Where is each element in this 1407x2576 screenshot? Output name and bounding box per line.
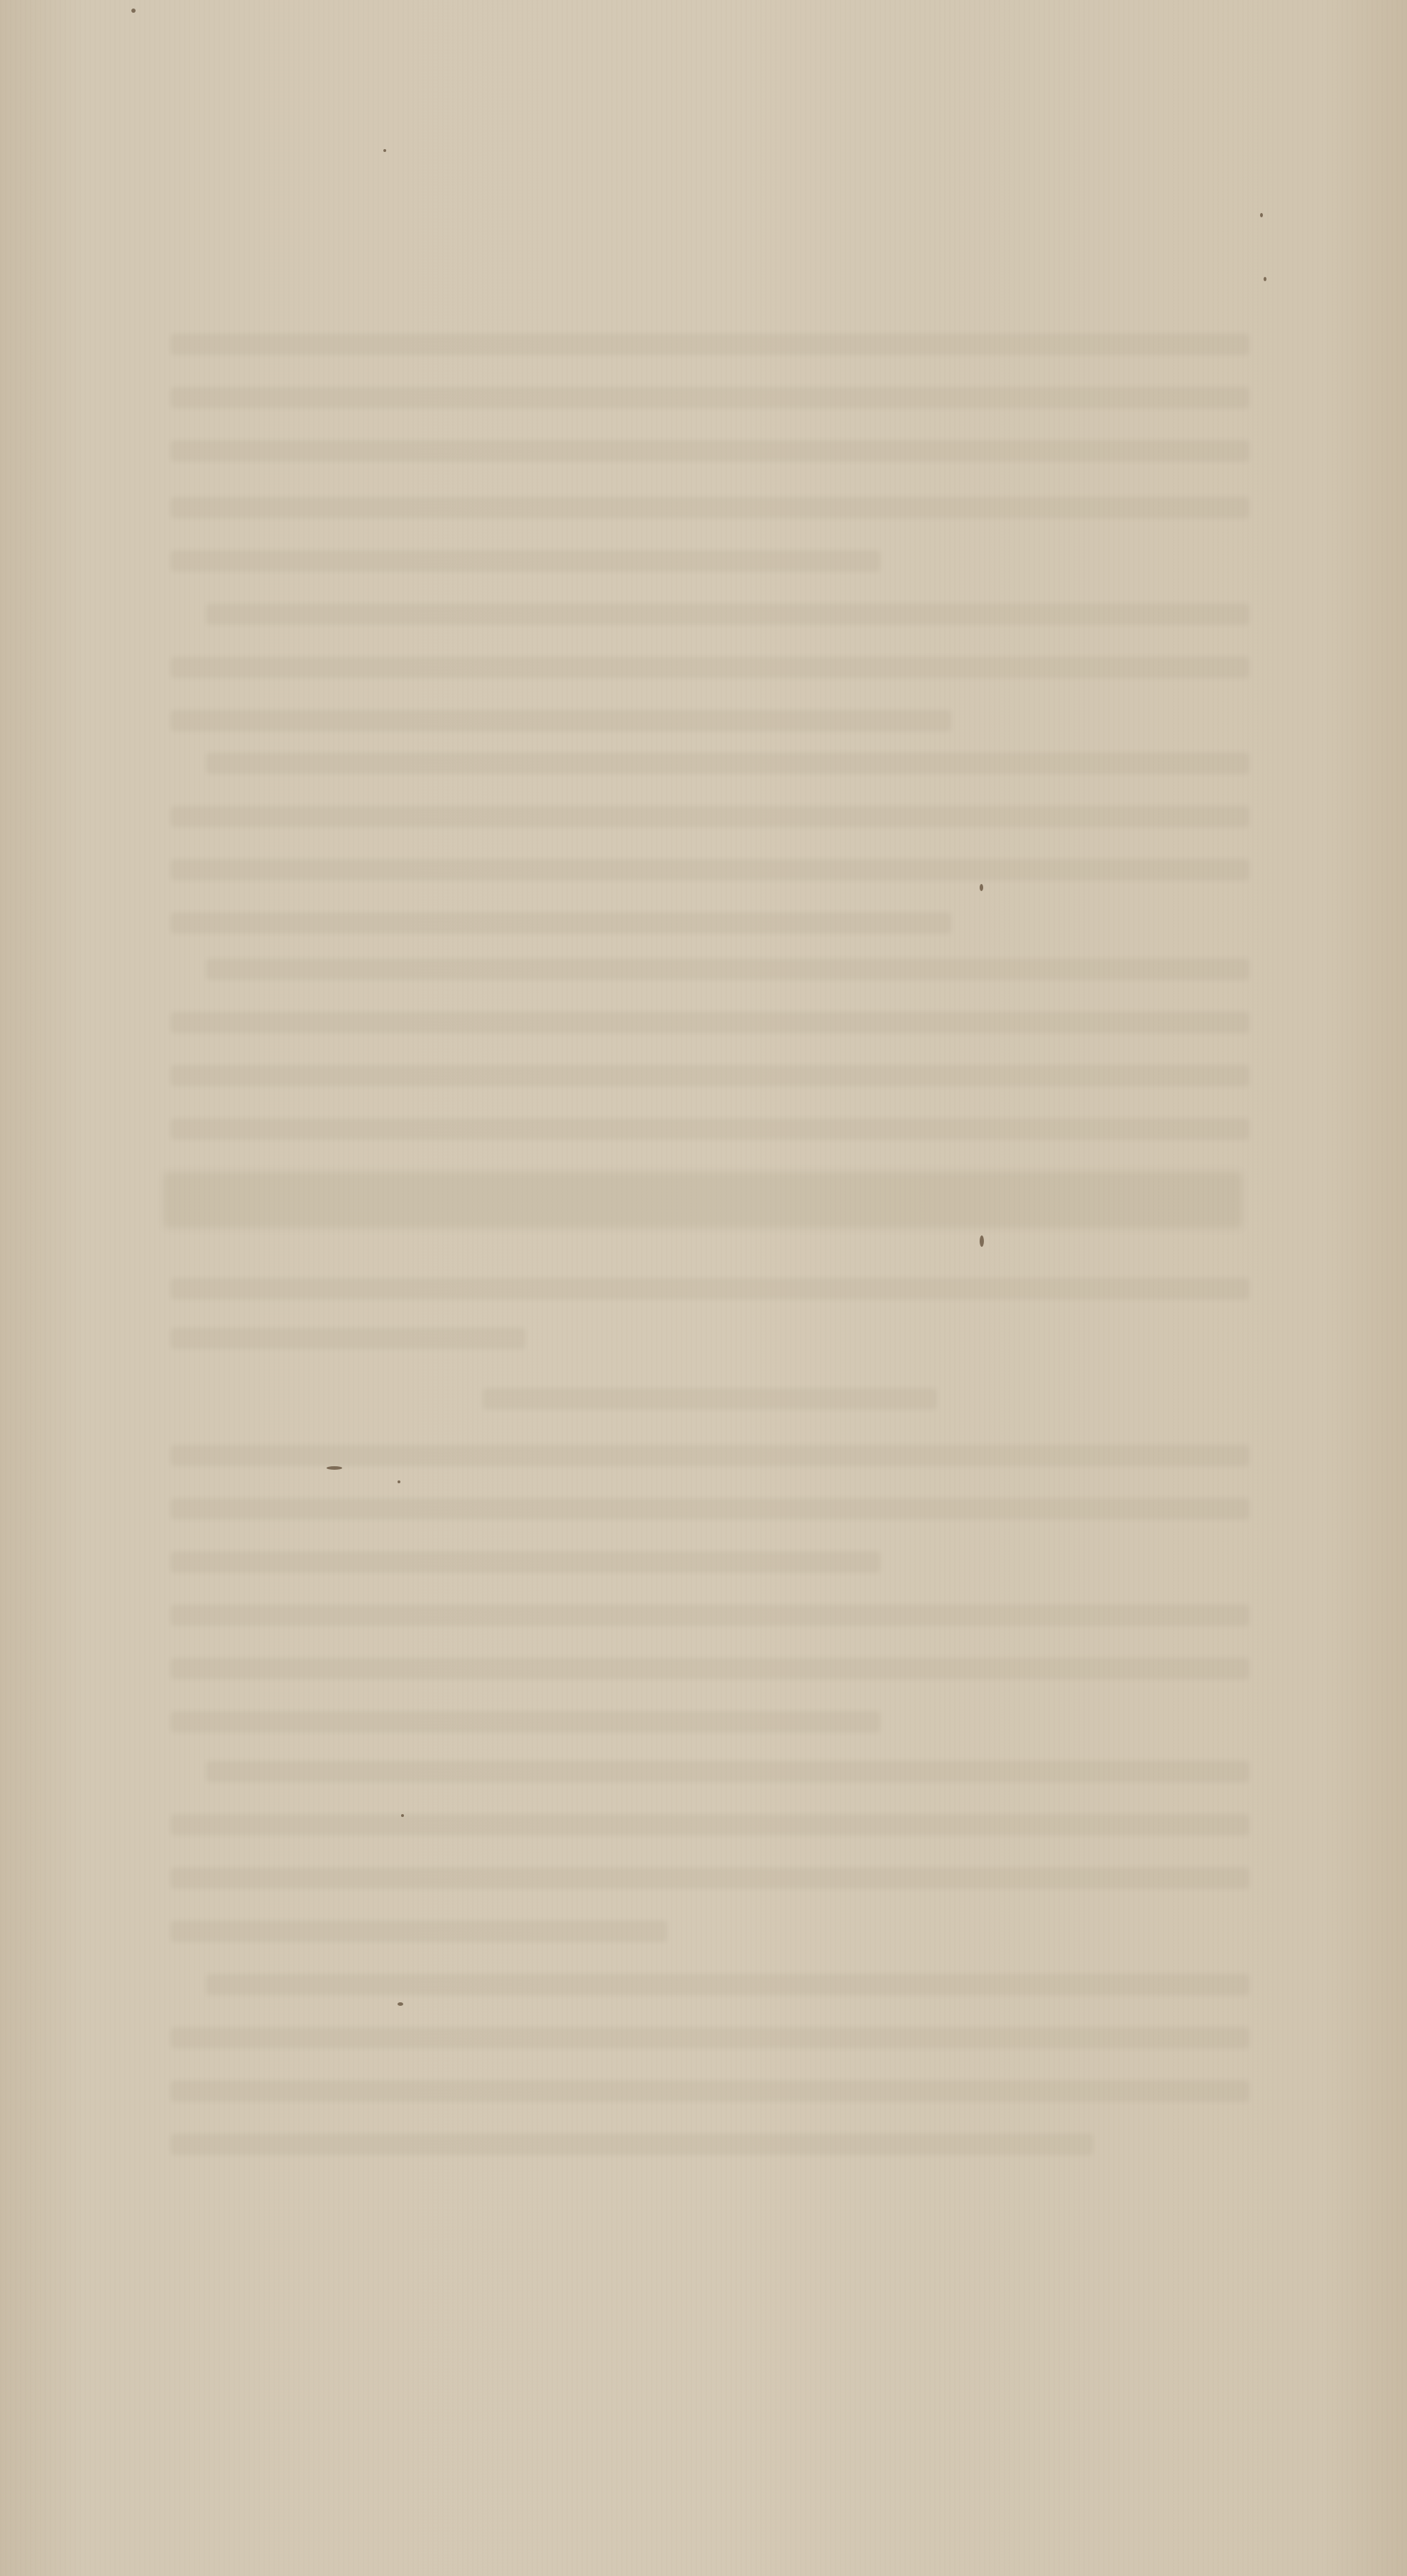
bleed-through-line — [170, 1278, 1249, 1299]
bleed-through-line — [206, 959, 1249, 980]
bleed-through-line — [170, 2080, 1249, 2102]
bleed-through-line — [170, 710, 951, 731]
bleed-through-line — [170, 1445, 1249, 1466]
paper-speck — [1260, 213, 1263, 217]
bleed-through-line — [170, 2027, 1249, 2048]
paper-speck — [327, 1466, 342, 1470]
scanned-page — [0, 0, 1407, 2576]
bleed-through-line — [170, 550, 880, 572]
paper-speck — [980, 884, 983, 891]
bleed-through-line — [170, 1711, 880, 1732]
paper-speck — [401, 1814, 404, 1817]
bleed-through-line — [170, 657, 1249, 678]
bleed-through-line — [206, 1761, 1249, 1782]
bleed-through-line — [170, 387, 1249, 408]
bleed-through-line — [170, 1012, 1249, 1033]
bleed-through-line — [170, 334, 1249, 355]
bleed-through-line — [170, 1498, 1249, 1519]
bleed-through-line — [170, 806, 1249, 827]
paper-speck — [980, 1235, 984, 1247]
bleed-through-line — [170, 859, 1249, 880]
bleed-through-line — [170, 1065, 1249, 1086]
paper-speck — [383, 149, 386, 152]
paper-speck — [398, 1480, 400, 1483]
paper-speck — [1264, 277, 1266, 281]
bleed-through-line — [206, 1974, 1249, 1995]
bleed-through-line — [170, 1658, 1249, 1679]
paper-speck — [131, 9, 136, 13]
bleed-through-line — [170, 1921, 667, 1942]
bleed-through-line — [170, 1605, 1249, 1626]
bleed-through-line — [483, 1388, 937, 1409]
bleed-through-line — [170, 497, 1249, 518]
bleed-through-line — [170, 1814, 1249, 1835]
bleed-through-line — [170, 440, 1249, 462]
bleed-through-line — [170, 1328, 525, 1349]
bleed-through-line — [170, 1118, 1249, 1140]
bleed-through-heading — [163, 1172, 1242, 1228]
bleed-through-line — [206, 753, 1249, 774]
bleed-through-line — [170, 1867, 1249, 1889]
bleed-through-line — [170, 2134, 1093, 2155]
bleed-through-line — [170, 912, 951, 934]
bleed-through-line — [170, 1551, 880, 1573]
paper-speck — [398, 2002, 403, 2006]
bleed-through-line — [206, 604, 1249, 625]
